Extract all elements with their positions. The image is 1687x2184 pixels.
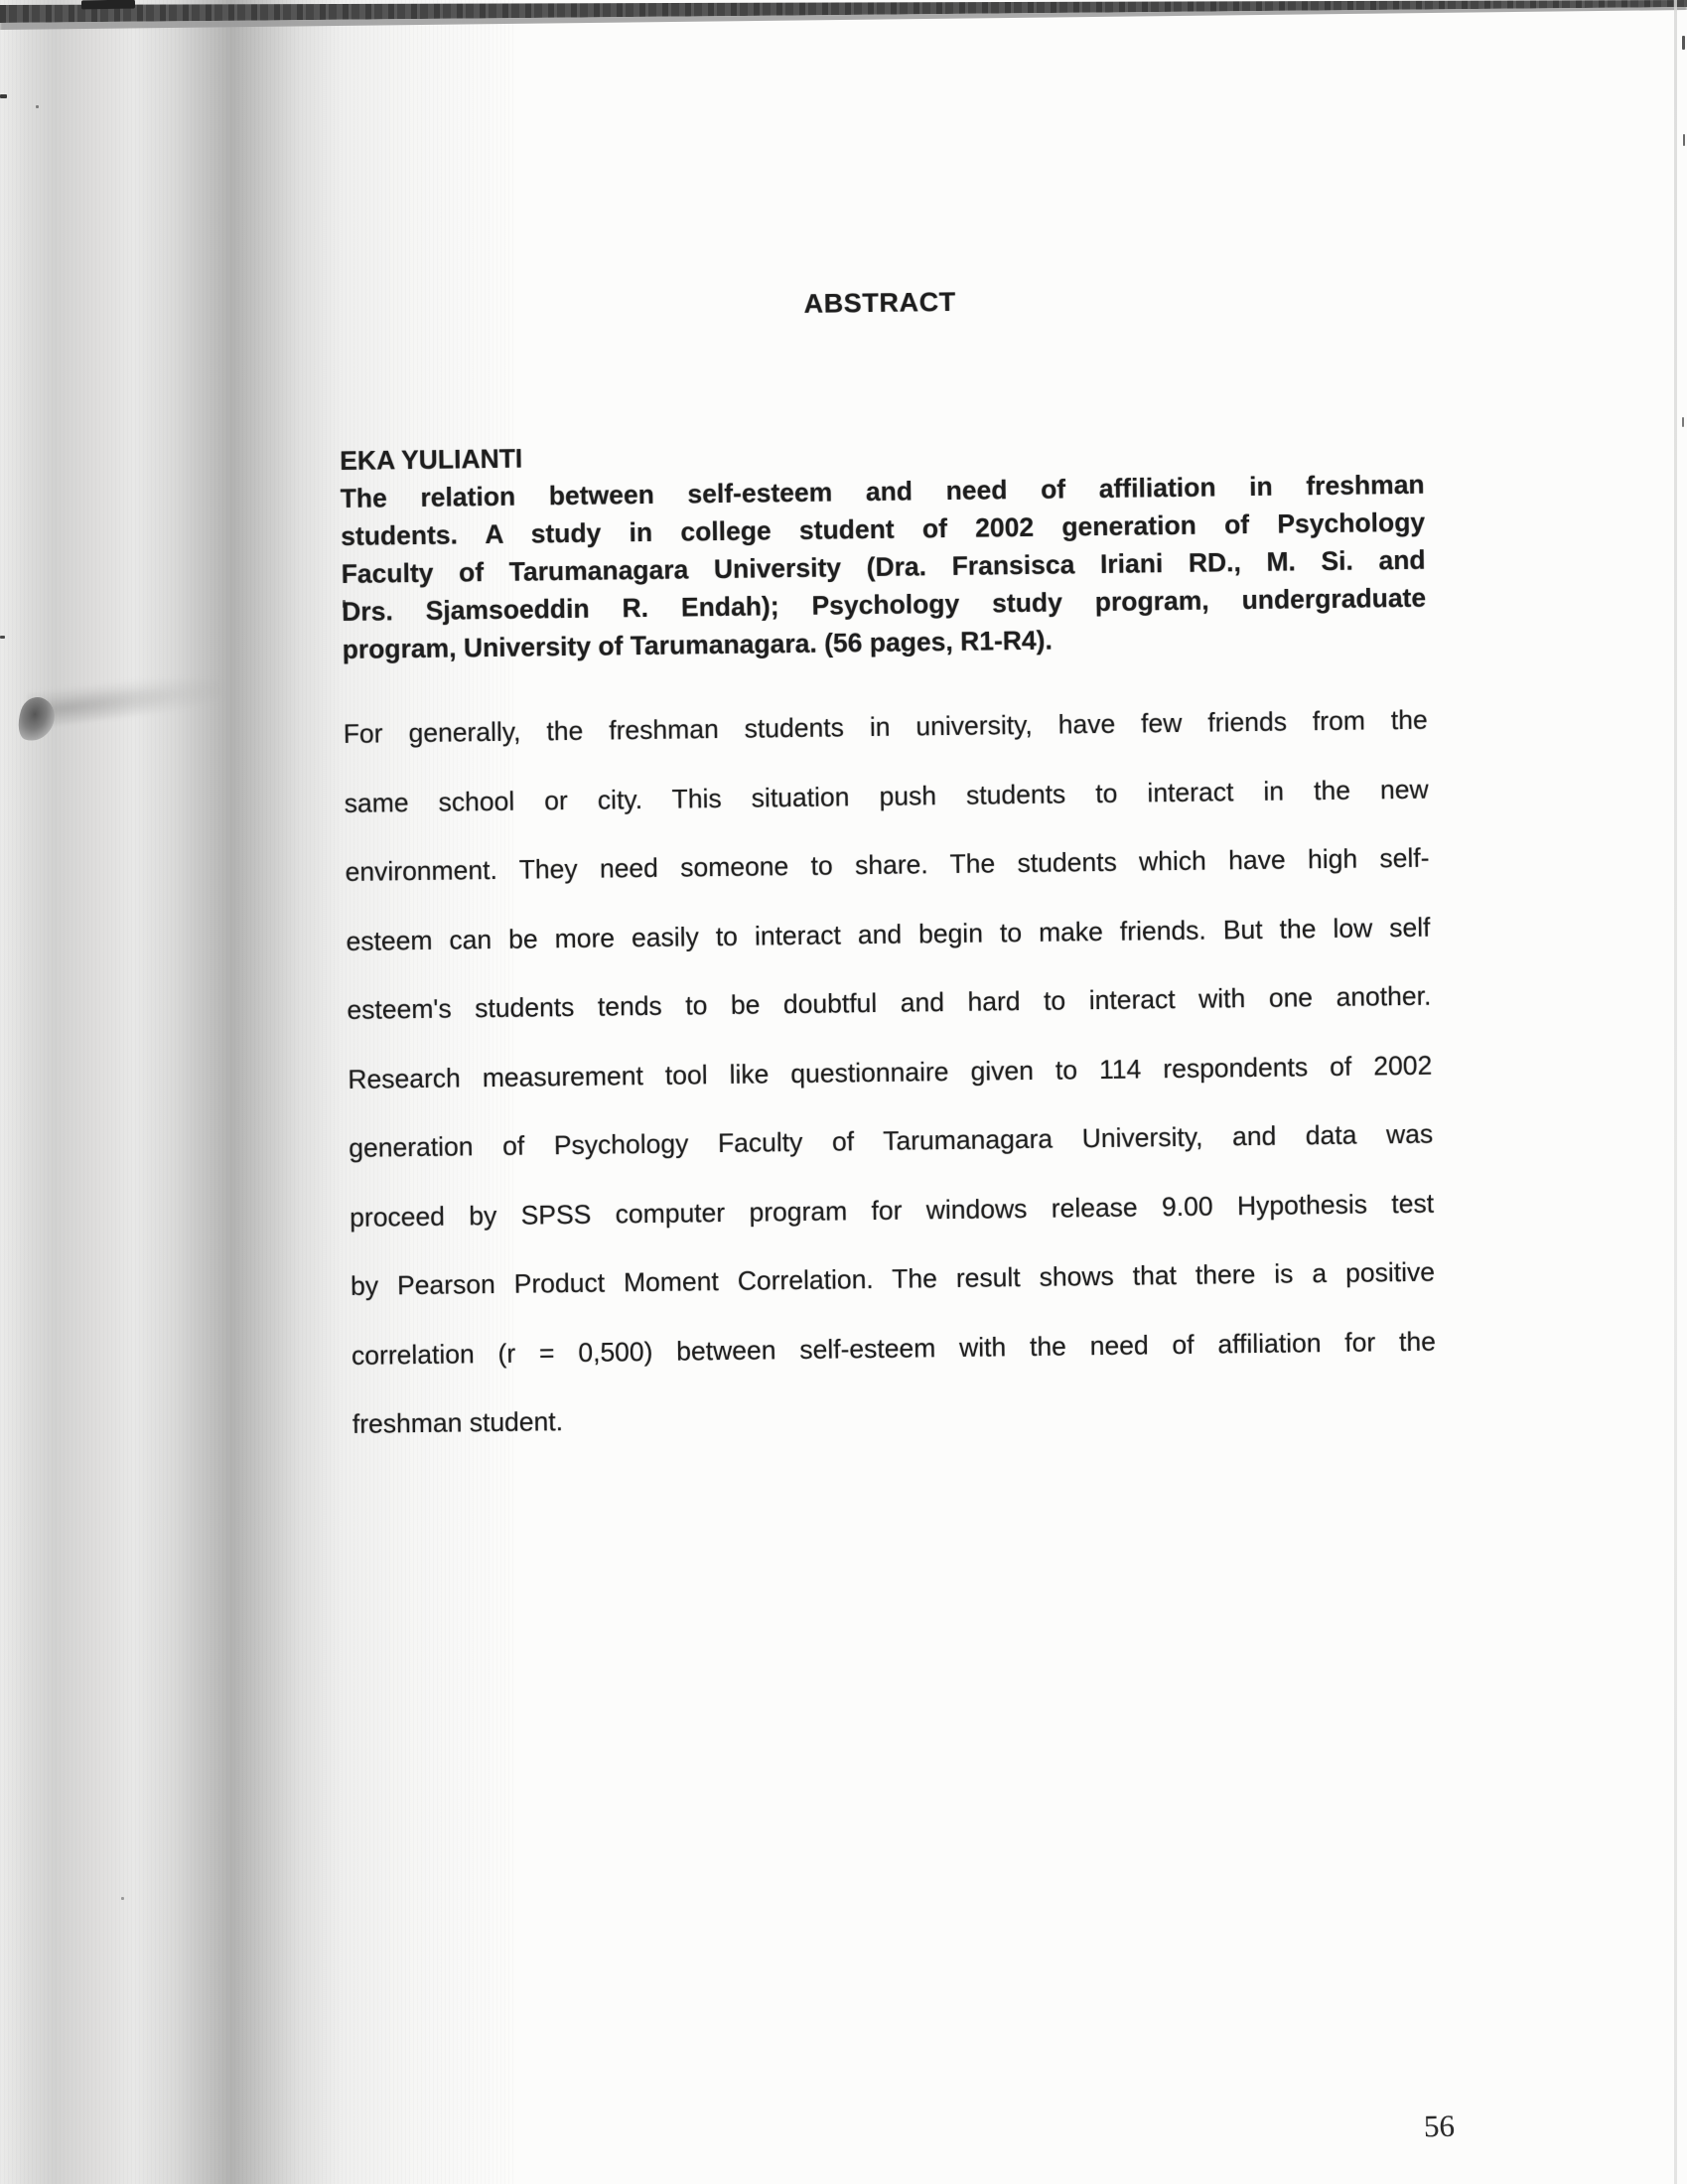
dust-speck [36,105,39,108]
dust-speck [0,94,7,98]
dust-speck [1682,417,1684,427]
dust-speck [121,1897,124,1900]
page-number: 56 [1424,2109,1456,2145]
dust-speck [0,636,5,639]
thesis-header-block: EKA YULIANTIThe relation between self-es… [340,428,1427,668]
scan-line-right [1674,0,1677,2184]
scanned-page: ABSTRACT EKA YULIANTIThe relation betwee… [0,0,1687,2184]
scan-edge-dark-dash [81,0,135,9]
body-line: correlation (r = 0,500) between self-est… [351,1307,1437,1390]
dust-speck [1683,134,1685,146]
body-line: freshman student. [351,1377,1437,1460]
page-content: ABSTRACT EKA YULIANTIThe relation betwee… [338,279,1437,1460]
abstract-paragraph: For generally, the freshman students in … [343,686,1437,1460]
dust-speck [1682,36,1685,50]
